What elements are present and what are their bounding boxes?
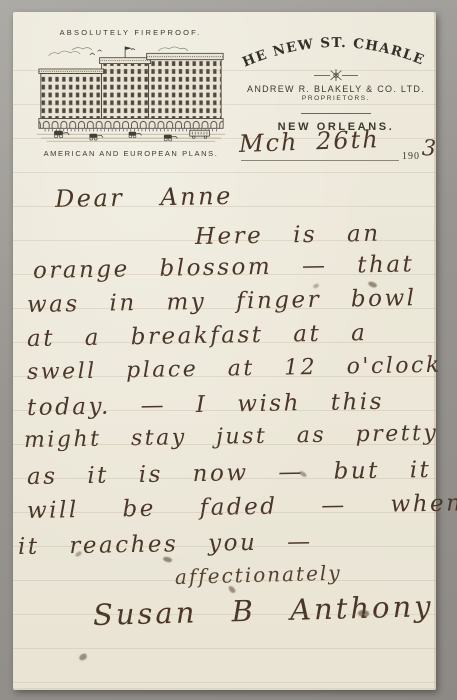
hotel-name-arched-text: THE NEW ST. CHARLES. [241, 24, 431, 70]
printed-year-prefix: 190 [402, 151, 420, 162]
signature: Susan B Anthony [93, 589, 434, 632]
handwritten-year-digit: 3 [421, 136, 439, 162]
letterhead-divider-rule [301, 113, 371, 114]
closing-word: affectionately [175, 561, 342, 589]
scanned-letter-page: { "colors":{"scan_background":"#989590",… [0, 0, 457, 700]
body-line: Here is an [195, 221, 381, 250]
proprietor-title: PROPRIETORS. [241, 95, 431, 102]
ornament-flourish-icon [314, 68, 358, 82]
date-underline-rule [241, 160, 399, 161]
body-line: it reaches you — [18, 529, 313, 560]
handwritten-date-day: Mch 26th [239, 125, 381, 158]
hotel-building-engraving-icon [33, 44, 229, 142]
salutation: Dear Anne [55, 182, 233, 213]
body-line: today. — I wish this [27, 389, 384, 421]
proprietor-name: ANDREW R. BLAKELY & CO. LTD. [241, 84, 431, 94]
plans-slogan: AMERICAN AND EUROPEAN PLANS. [35, 149, 227, 158]
letter-sheet: ABSOLUTELY FIREPROOF. [13, 12, 436, 690]
ink-blot [78, 653, 88, 661]
body-line: orange blossom — that [33, 251, 415, 284]
body-line: was in my finger bowl [27, 285, 417, 318]
body-line: will be faded — when [27, 490, 457, 524]
body-line: as it is now — but it [27, 457, 432, 490]
svg-text:THE NEW ST. CHARLES.: THE NEW ST. CHARLES. [241, 24, 427, 70]
fireproof-slogan: ABSOLUTELY FIREPROOF. [53, 28, 208, 37]
body-line: might stay just as pretty [24, 421, 439, 453]
body-line: swell place at 12 o'clock [27, 353, 442, 385]
body-line: at a breakfast at a [27, 320, 368, 352]
